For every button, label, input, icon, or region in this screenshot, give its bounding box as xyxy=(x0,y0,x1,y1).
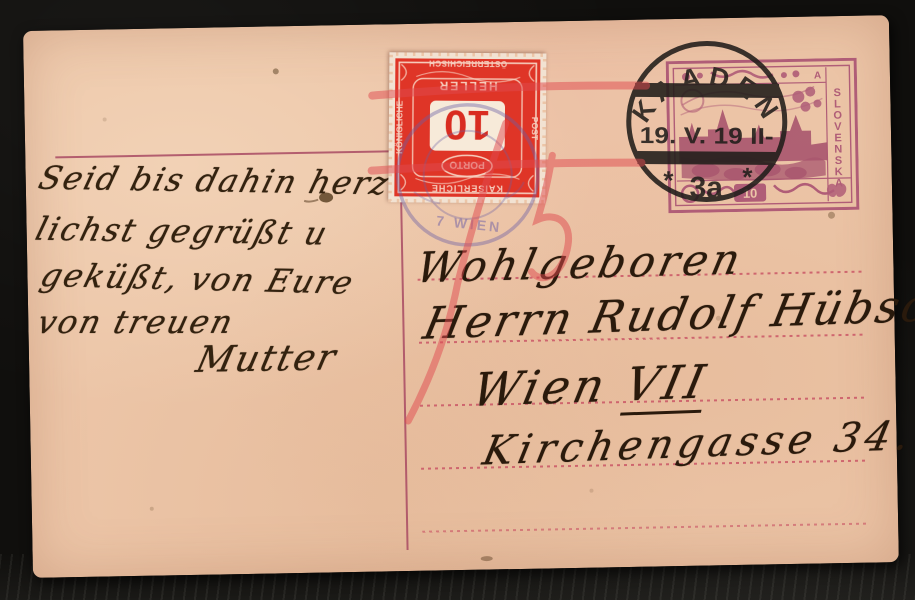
imprint-top-letter: A xyxy=(814,70,821,81)
porto-currency-label: HELLER xyxy=(438,79,498,93)
postal-card: A SLOVENSKA xyxy=(23,15,899,578)
district-underlined: VII xyxy=(620,354,714,415)
message-line: von treuen xyxy=(38,303,233,341)
address-street: Kirchengasse 34. xyxy=(483,413,914,474)
message-line: geküßt, von Eure xyxy=(41,256,354,302)
violet-arrival-postmark: 7 WIEN xyxy=(386,93,549,256)
message-header-rule xyxy=(55,150,400,158)
message-signature: Mutter xyxy=(197,337,337,381)
photo-background: A SLOVENSKA xyxy=(0,0,915,600)
cancel-star-left: * xyxy=(663,165,674,195)
cancel-star-right: * xyxy=(742,162,753,192)
address-city-district: Wien VII xyxy=(473,354,709,416)
message-line: lichst gegrüßt u xyxy=(36,210,328,253)
cancel-date: 19. V. 19 II- xyxy=(640,122,774,149)
address-dotted-line xyxy=(422,523,867,533)
cancel-index: 3a xyxy=(689,171,723,204)
imprint-side-text: SLOVENSKA xyxy=(833,87,844,190)
violet-cancel-text: 7 WIEN xyxy=(435,213,503,236)
message-line: Seid bis dahin herz xyxy=(39,159,390,203)
porto-frame-bottom: ÖSTERREICHISCH xyxy=(429,59,508,69)
kaaden-postmark: KAADEN 19. V. 19 II- * 3a * xyxy=(606,21,808,223)
